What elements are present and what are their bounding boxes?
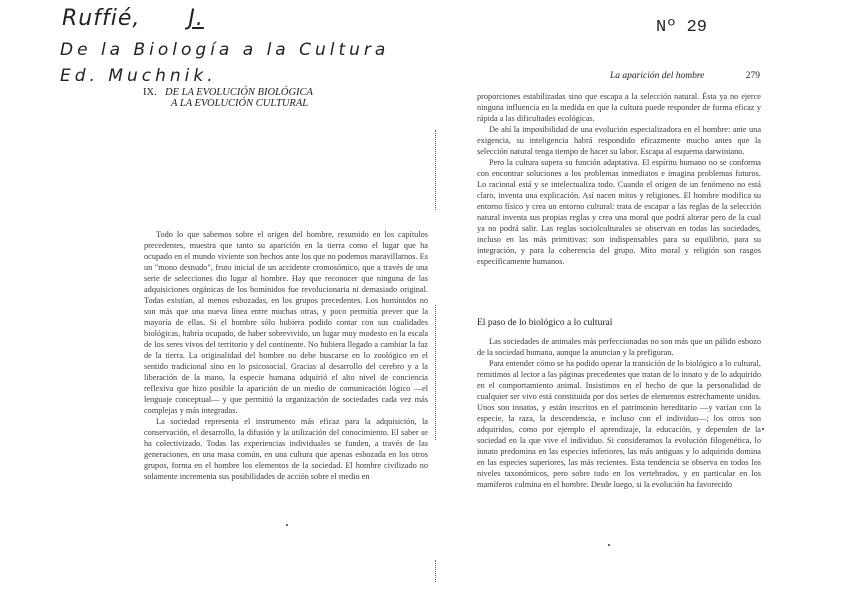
right-page-body-top: proporciones estabilizadas sino que esca… — [477, 91, 761, 267]
left-page-body: Todo lo que sabemos sobre el origen del … — [144, 229, 428, 482]
page-gutter-line — [435, 130, 436, 210]
paragraph: La sociedad representa el instrumento má… — [144, 416, 428, 482]
scan-speck — [608, 544, 610, 546]
chapter-number: IX. — [143, 87, 165, 98]
chapter-title-line2: A LA EVOLUCIÓN CULTURAL — [143, 98, 313, 109]
paragraph: Para entender cómo se ha podido operar l… — [477, 358, 761, 490]
chapter-heading: IX.DE LA EVOLUCIÓN BIOLÓGICA A LA EVOLUC… — [143, 87, 313, 109]
chapter-title-line1: DE LA EVOLUCIÓN BIOLÓGICA — [165, 87, 313, 98]
running-header-title: La aparición del hombre — [610, 71, 704, 81]
paragraph: proporciones estabilizadas sino que esca… — [477, 91, 761, 124]
handwritten-book-title: De la Biología a la Cultura — [60, 40, 389, 60]
paragraph: Pero la cultura supera su función adapta… — [477, 157, 761, 267]
page-gutter-line — [435, 560, 436, 582]
right-page-body-bottom: Las sociedades de animales más perfeccio… — [477, 336, 761, 490]
handwritten-author-initial: J. — [188, 6, 203, 31]
handwritten-publisher: Ed. Muchnik. — [60, 66, 217, 86]
paragraph: Las sociedades de animales más perfeccio… — [477, 336, 761, 358]
page-gutter-line — [435, 305, 436, 440]
scan-speck — [286, 524, 288, 526]
section-heading: El paso de lo biológico a lo cultural — [477, 318, 612, 328]
page-number: 279 — [746, 71, 760, 81]
paragraph: De ahí la imposibilidad de una evolución… — [477, 124, 761, 157]
running-header: La aparición del hombre 279 — [610, 71, 760, 81]
document-number: Nº 29 — [656, 18, 707, 37]
paragraph: Todo lo que sabemos sobre el origen del … — [144, 229, 428, 416]
handwritten-author: Ruffié, J. — [62, 6, 204, 31]
scan-speck — [762, 428, 764, 430]
handwritten-author-name: Ruffié, — [62, 6, 140, 31]
